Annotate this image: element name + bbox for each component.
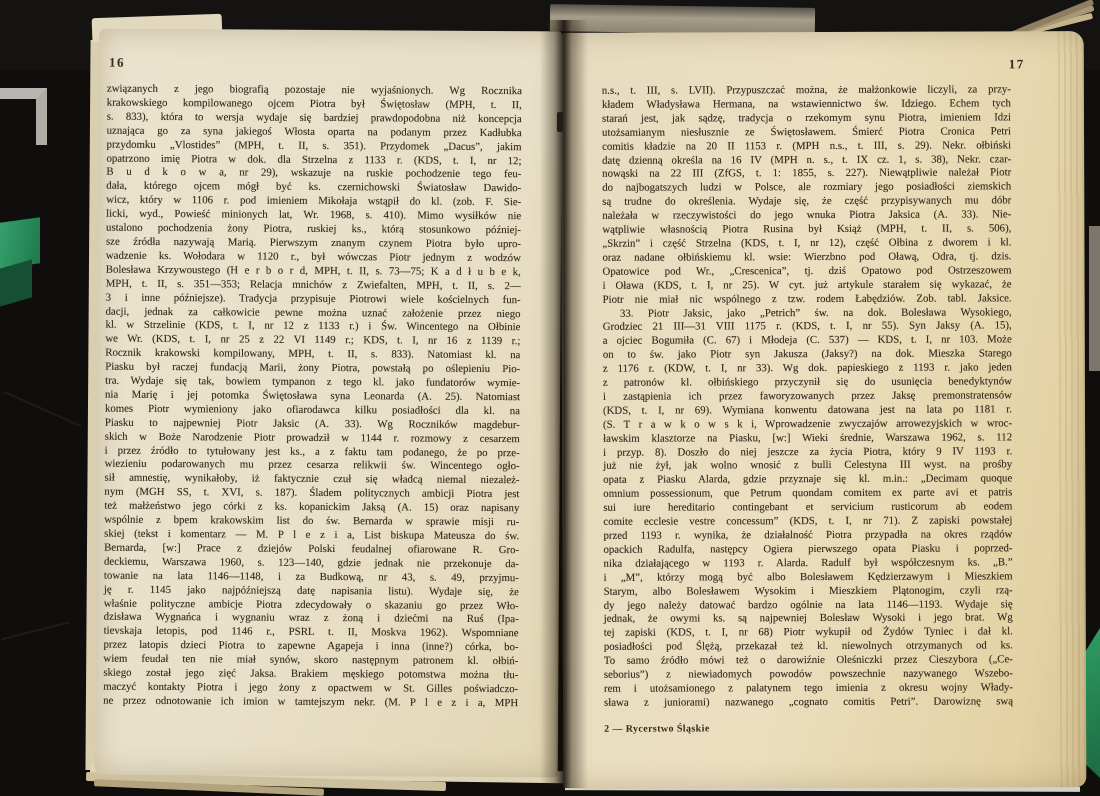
- text-line: opackich Radulfa, następcy Ogiera pierws…: [603, 542, 1012, 557]
- text-line: seborius”) z niewiadomych powodów powsze…: [604, 667, 1013, 682]
- text-line: przed 1193 r. wynika, że działalność Pio…: [603, 528, 1012, 543]
- text-line: kładem Władysława Hermana, na wstawienni…: [602, 97, 1011, 112]
- text-line: nowąski na 22 III (ZfGS, t. 1: 1855, s. …: [602, 167, 1011, 182]
- paragraph: n.s., t. III, s. LVII). Przypuszczać moż…: [602, 83, 1012, 307]
- text-line: starań jest, jak sądzę, tradycja o rzeko…: [602, 111, 1011, 126]
- text-line: (KDS, t. I, nr 69). Wymiana konwentu dat…: [603, 403, 1012, 418]
- left-page: 16 związanych z jego biografią pozostaje…: [95, 29, 563, 778]
- text-line: omnium possessionum, que Petrum quondam …: [603, 487, 1012, 502]
- text-line: opata z Piasku Alarda, gdzie przyznaje s…: [603, 473, 1012, 488]
- gutter-shadow: [540, 20, 588, 788]
- right-page-text: n.s., t. III, s. LVII). Przypuszczać moż…: [602, 83, 1013, 710]
- text-line: wątpliwie własnością Piotra Rusina był K…: [602, 222, 1011, 237]
- ink-mark: [557, 112, 563, 132]
- gray-strip-right-edge: [1089, 226, 1100, 371]
- paragraph: 33. Piotr Jaksic, jako „Petrich” św. na …: [603, 306, 1013, 711]
- text-line: ne przez odnotowanie ich imion w tamtejs…: [103, 695, 518, 711]
- text-line: comite ecclesie vestre concessum” (KDS, …: [603, 514, 1012, 529]
- text-line: oraz nadane ołbińskiemu kl. wsie: Wierzb…: [602, 250, 1011, 265]
- background-seam: [3, 391, 81, 427]
- text-line: utożsamianym niesłusznie ze Świętosławem…: [602, 125, 1011, 140]
- text-line: do najbogatszych ludzi w Polsce, ale roz…: [602, 181, 1011, 196]
- text-line: z patronów kl. ołbińskiego przyczynił si…: [603, 375, 1012, 390]
- text-line: i Oława (KDS, t. I, nr 25). W cyt. już a…: [603, 278, 1012, 293]
- text-line: sława z juniorami) nazwanego „cognato co…: [604, 695, 1013, 710]
- text-line: Starym, albo Bolesławem Wysokim i Mieszk…: [604, 584, 1013, 599]
- text-line: są trudne do określenia. Wydaje się, że …: [602, 195, 1011, 210]
- text-line: i „M”, którzy mogą być albo Bolesławem K…: [604, 570, 1013, 585]
- text-line: „Skrzin” i część Strzelna (KDS, t. I, nr…: [602, 236, 1011, 251]
- book-top-page-edges: [550, 4, 815, 35]
- text-line: sui iure hereditario contingebant et ser…: [603, 501, 1012, 516]
- text-line: (S. T r a w k o w s k i, Wprowadzenie zw…: [603, 417, 1012, 432]
- text-line: 33. Piotr Jaksic, jako „Petrich” św. na …: [603, 306, 1012, 321]
- text-line: i zastąpienia ich przez faworyzowanych p…: [603, 389, 1012, 404]
- text-line: Opatowice pod Wr., „Crescenica”, tj. dzi…: [602, 264, 1011, 279]
- green-cover-band-left-dark: [0, 259, 32, 306]
- text-line: Grodziec 21 III—31 VIII 1175 r. (KDS, t.…: [603, 320, 1012, 335]
- text-line: posiadłości pod Ślężą, przekazał też kl.…: [604, 640, 1013, 655]
- scanned-book-spread: { "left_page": { "number": "16", "paragr…: [0, 0, 1100, 796]
- paragraph: związanych z jego biografią pozostaje ni…: [103, 83, 522, 711]
- background-seam: [1, 622, 69, 641]
- text-line: n.s., t. III, s. LVII). Przypuszczać moż…: [602, 83, 1011, 98]
- text-line: To samo źródło mówi też o darowiźnie Ole…: [604, 653, 1013, 668]
- text-line: nika działającego w 1193 r. Alarda. Radu…: [604, 556, 1013, 571]
- white-bracket-shape: [0, 88, 47, 145]
- text-line: należała w rzeczywistości do jego wnuka …: [602, 208, 1011, 223]
- text-line: comitis kładzie na 20 II 1153 r. (MPH n.…: [602, 139, 1011, 154]
- text-line: i przyp. 8). Doszło do niej jeszcze za ż…: [603, 445, 1012, 460]
- right-page: 17 n.s., t. III, s. LVII). Przypuszczać …: [561, 31, 1087, 789]
- text-line: rem i utożsamionego z palatynem tego imi…: [604, 681, 1013, 696]
- text-line: on to św. jako Piotr syn Jakusza (Jaksy?…: [603, 348, 1012, 363]
- left-page-text: związanych z jego biografią pozostaje ni…: [103, 83, 522, 711]
- right-page-number: 17: [1009, 56, 1025, 72]
- text-line: Piotr nie miał nic wspólnego z tzw. rode…: [603, 292, 1012, 307]
- text-line: już nie żył, jak wolno wnosić z bulli Ce…: [603, 459, 1012, 474]
- text-line: dy jego należy datować bardzo ogólnie na…: [604, 598, 1013, 613]
- text-line: ławskim klasztorze na Piasku, [w:] Wieki…: [603, 431, 1012, 446]
- left-page-number: 16: [109, 55, 125, 71]
- text-line: z 1176 r. (KDW, t. I, nr 33). Wg dok. pa…: [603, 361, 1012, 376]
- green-cover-band-left: [0, 217, 40, 269]
- signature-footer: 2 — Rycerstwo Śląskie: [604, 723, 710, 734]
- fore-edge-texture: [1058, 31, 1087, 787]
- text-line: datę dzienną określa na 16 IV (MPH n. s.…: [602, 153, 1011, 168]
- text-line: a ojciec Bogumiła (C. 67) i Młodeja (C. …: [603, 334, 1012, 349]
